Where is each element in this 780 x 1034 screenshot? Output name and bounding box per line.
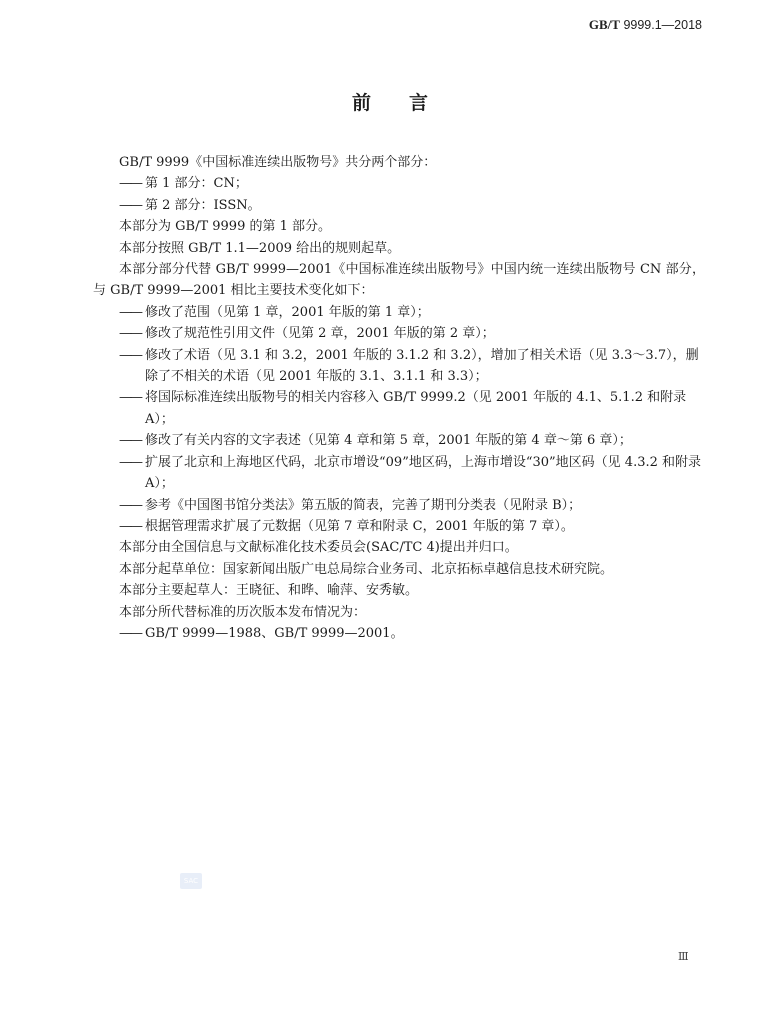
logo-text: SAC — [180, 873, 202, 889]
page-number: Ⅲ — [678, 950, 689, 963]
standard-code-header: GB/T 9999.1—2018 — [589, 17, 702, 33]
standard-number: 9999.1—2018 — [623, 18, 702, 32]
list-item-text: 修改了规范性引用文件（见第 2 章，2001 年版的第 2 章）； — [145, 326, 495, 341]
list-item-text: 根据管理需求扩展了元数据（见第 7 章和附录 C，2001 年版的第 7 章）。 — [145, 519, 574, 534]
list-item-text: 参考《中国图书馆分类法》第五版的简表，完善了期刊分类表（见附录 B）； — [145, 498, 581, 513]
paragraph: 本部分所代替标准的历次版本发布情况为： — [93, 602, 705, 623]
dash-bullet: —— — [119, 323, 145, 344]
list-item-text: 第 1 部分：CN； — [145, 176, 248, 191]
dash-bullet: —— — [119, 452, 145, 473]
list-item-text: 扩展了北京和上海地区代码，北京市增设“09”地区码，上海市增设“30”地区码（见… — [145, 455, 701, 491]
paragraph: 本部分主要起草人：王晓征、和晔、喻萍、安秀敏。 — [93, 580, 705, 601]
paragraph: GB/T 9999《中国标准连续出版物号》共分两个部分： — [93, 152, 705, 173]
dash-bullet: —— — [119, 623, 145, 644]
paragraph: 本部分为 GB/T 9999 的第 1 部分。 — [93, 216, 705, 237]
list-item: ——将国际标准连续出版物号的相关内容移入 GB/T 9999.2（见 2001 … — [93, 387, 705, 430]
list-item-text: 第 2 部分：ISSN。 — [145, 198, 261, 213]
dash-bullet: —— — [119, 495, 145, 516]
list-item: ——扩展了北京和上海地区代码，北京市增设“09”地区码，上海市增设“30”地区码… — [93, 452, 705, 495]
foreword-body: GB/T 9999《中国标准连续出版物号》共分两个部分： ——第 1 部分：CN… — [93, 152, 705, 644]
dash-bullet: —— — [119, 387, 145, 408]
list-item: ——修改了规范性引用文件（见第 2 章，2001 年版的第 2 章）； — [93, 323, 705, 344]
list-item-text: 修改了有关内容的文字表述（见第 4 章和第 5 章，2001 年版的第 4 章～… — [145, 433, 632, 448]
dash-bullet: —— — [119, 173, 145, 194]
list-item: ——修改了术语（见 3.1 和 3.2，2001 年版的 3.1.2 和 3.2… — [93, 345, 705, 388]
page-title-foreword: 前言 — [0, 88, 780, 115]
title-char-1: 前 — [352, 88, 371, 115]
title-char-2: 言 — [409, 88, 428, 115]
list-item-text: 修改了范围（见第 1 章，2001 年版的第 1 章）； — [145, 305, 430, 320]
standard-prefix: GB/T — [589, 17, 620, 32]
list-item-text: GB/T 9999—1988、GB/T 9999—2001。 — [145, 626, 404, 641]
list-item-text: 修改了术语（见 3.1 和 3.2，2001 年版的 3.1.2 和 3.2），… — [145, 348, 699, 384]
list-item: ——第 1 部分：CN； — [93, 173, 705, 194]
paragraph: 本部分按照 GB/T 1.1—2009 给出的规则起草。 — [93, 238, 705, 259]
list-item: ——第 2 部分：ISSN。 — [93, 195, 705, 216]
list-item: ——根据管理需求扩展了元数据（见第 7 章和附录 C，2001 年版的第 7 章… — [93, 516, 705, 537]
list-item: ——修改了范围（见第 1 章，2001 年版的第 1 章）； — [93, 302, 705, 323]
paragraph: 本部分起草单位：国家新闻出版广电总局综合业务司、北京拓标卓越信息技术研究院。 — [93, 559, 705, 580]
list-item: ——修改了有关内容的文字表述（见第 4 章和第 5 章，2001 年版的第 4 … — [93, 430, 705, 451]
paragraph: 本部分由全国信息与文献标准化技术委员会(SAC/TC 4)提出并归口。 — [93, 537, 705, 558]
dash-bullet: —— — [119, 430, 145, 451]
dash-bullet: —— — [119, 345, 145, 366]
dash-bullet: —— — [119, 302, 145, 323]
dash-bullet: —— — [119, 195, 145, 216]
sac-watermark-logo-icon: SAC — [180, 873, 202, 889]
list-item-text: 将国际标准连续出版物号的相关内容移入 GB/T 9999.2（见 2001 年版… — [145, 390, 686, 426]
list-item: ——参考《中国图书馆分类法》第五版的简表，完善了期刊分类表（见附录 B）； — [93, 495, 705, 516]
paragraph: 本部分部分代替 GB/T 9999—2001《中国标准连续出版物号》中国内统一连… — [93, 259, 705, 302]
dash-bullet: —— — [119, 516, 145, 537]
list-item: ——GB/T 9999—1988、GB/T 9999—2001。 — [93, 623, 705, 644]
